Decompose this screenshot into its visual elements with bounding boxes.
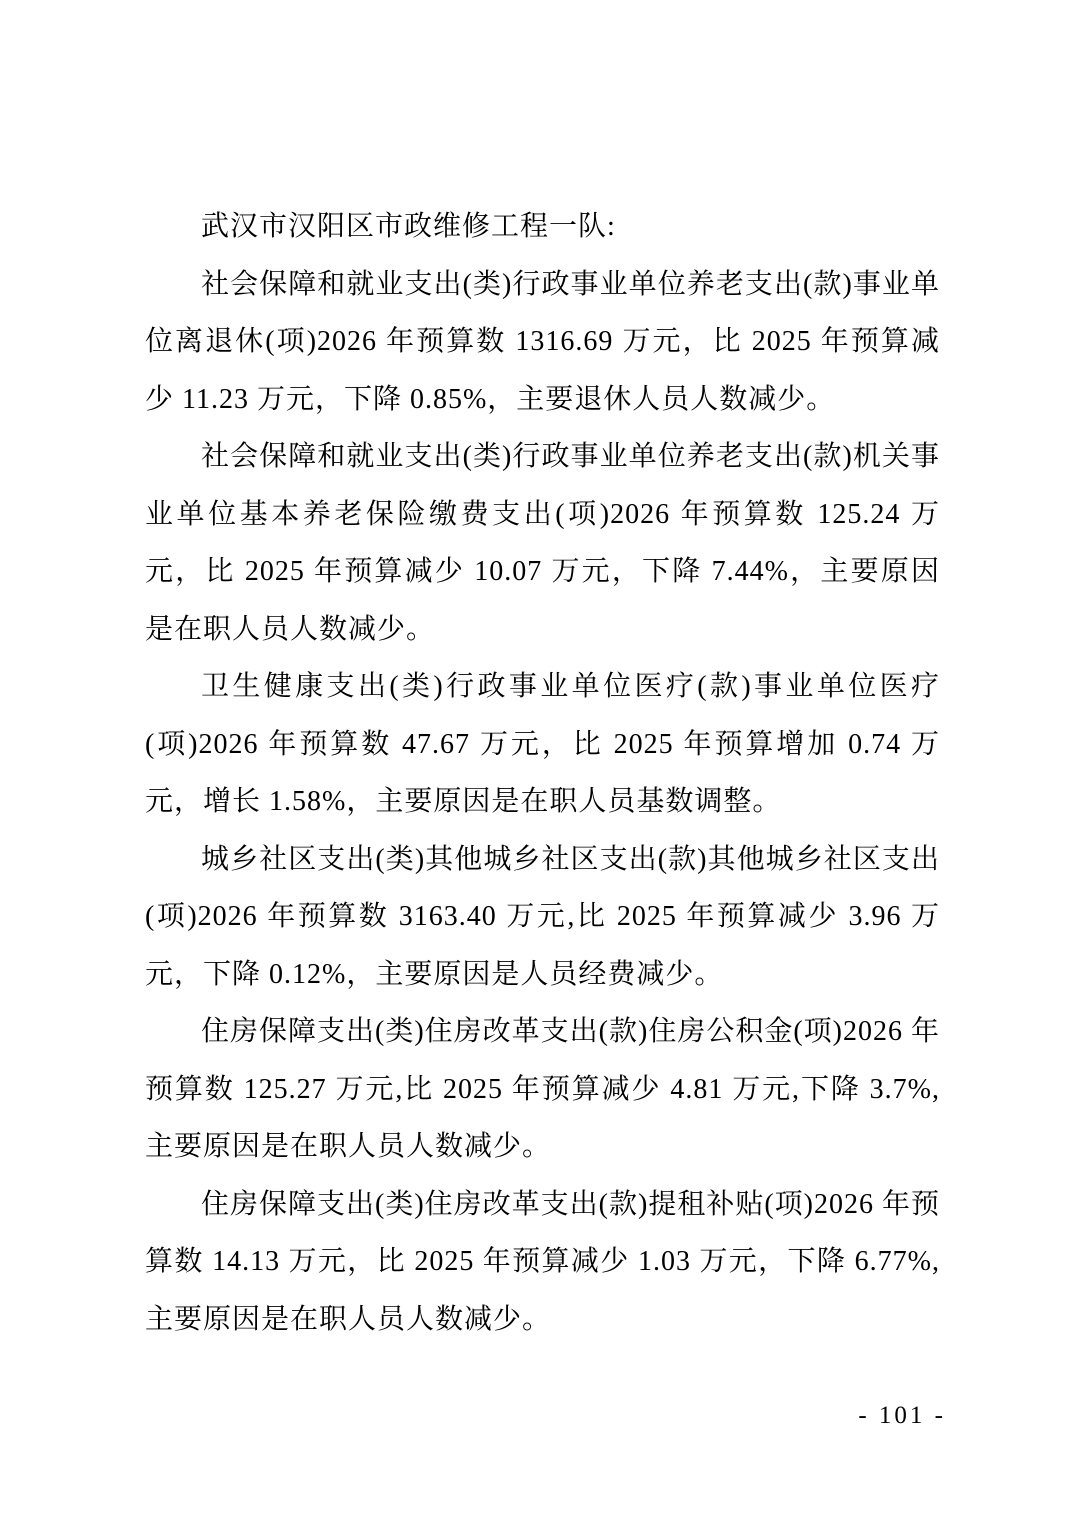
body-paragraph: 住房保障支出(类)住房改革支出(款)住房公积金(项)2026 年预算数 125.…	[145, 1003, 940, 1176]
body-paragraph: 社会保障和就业支出(类)行政事业单位养老支出(款)机关事业单位基本养老保险缴费支…	[145, 428, 940, 658]
page-number: - 101 -	[858, 1402, 946, 1430]
org-heading: 武汉市汉阳区市政维修工程一队:	[145, 198, 940, 256]
body-paragraph: 卫生健康支出(类)行政事业单位医疗(款)事业单位医疗(项)2026 年预算数 4…	[145, 658, 940, 831]
body-paragraph: 城乡社区支出(类)其他城乡社区支出(款)其他城乡社区支出(项)2026 年预算数…	[145, 831, 940, 1004]
body-paragraph: 住房保障支出(类)住房改革支出(款)提租补贴(项)2026 年预算数 14.13…	[145, 1176, 940, 1349]
body-paragraph: 社会保障和就业支出(类)行政事业单位养老支出(款)事业单位离退休(项)2026 …	[145, 256, 940, 429]
document-page: 武汉市汉阳区市政维修工程一队: 社会保障和就业支出(类)行政事业单位养老支出(款…	[0, 0, 1074, 1520]
document-body: 武汉市汉阳区市政维修工程一队: 社会保障和就业支出(类)行政事业单位养老支出(款…	[145, 198, 940, 1348]
